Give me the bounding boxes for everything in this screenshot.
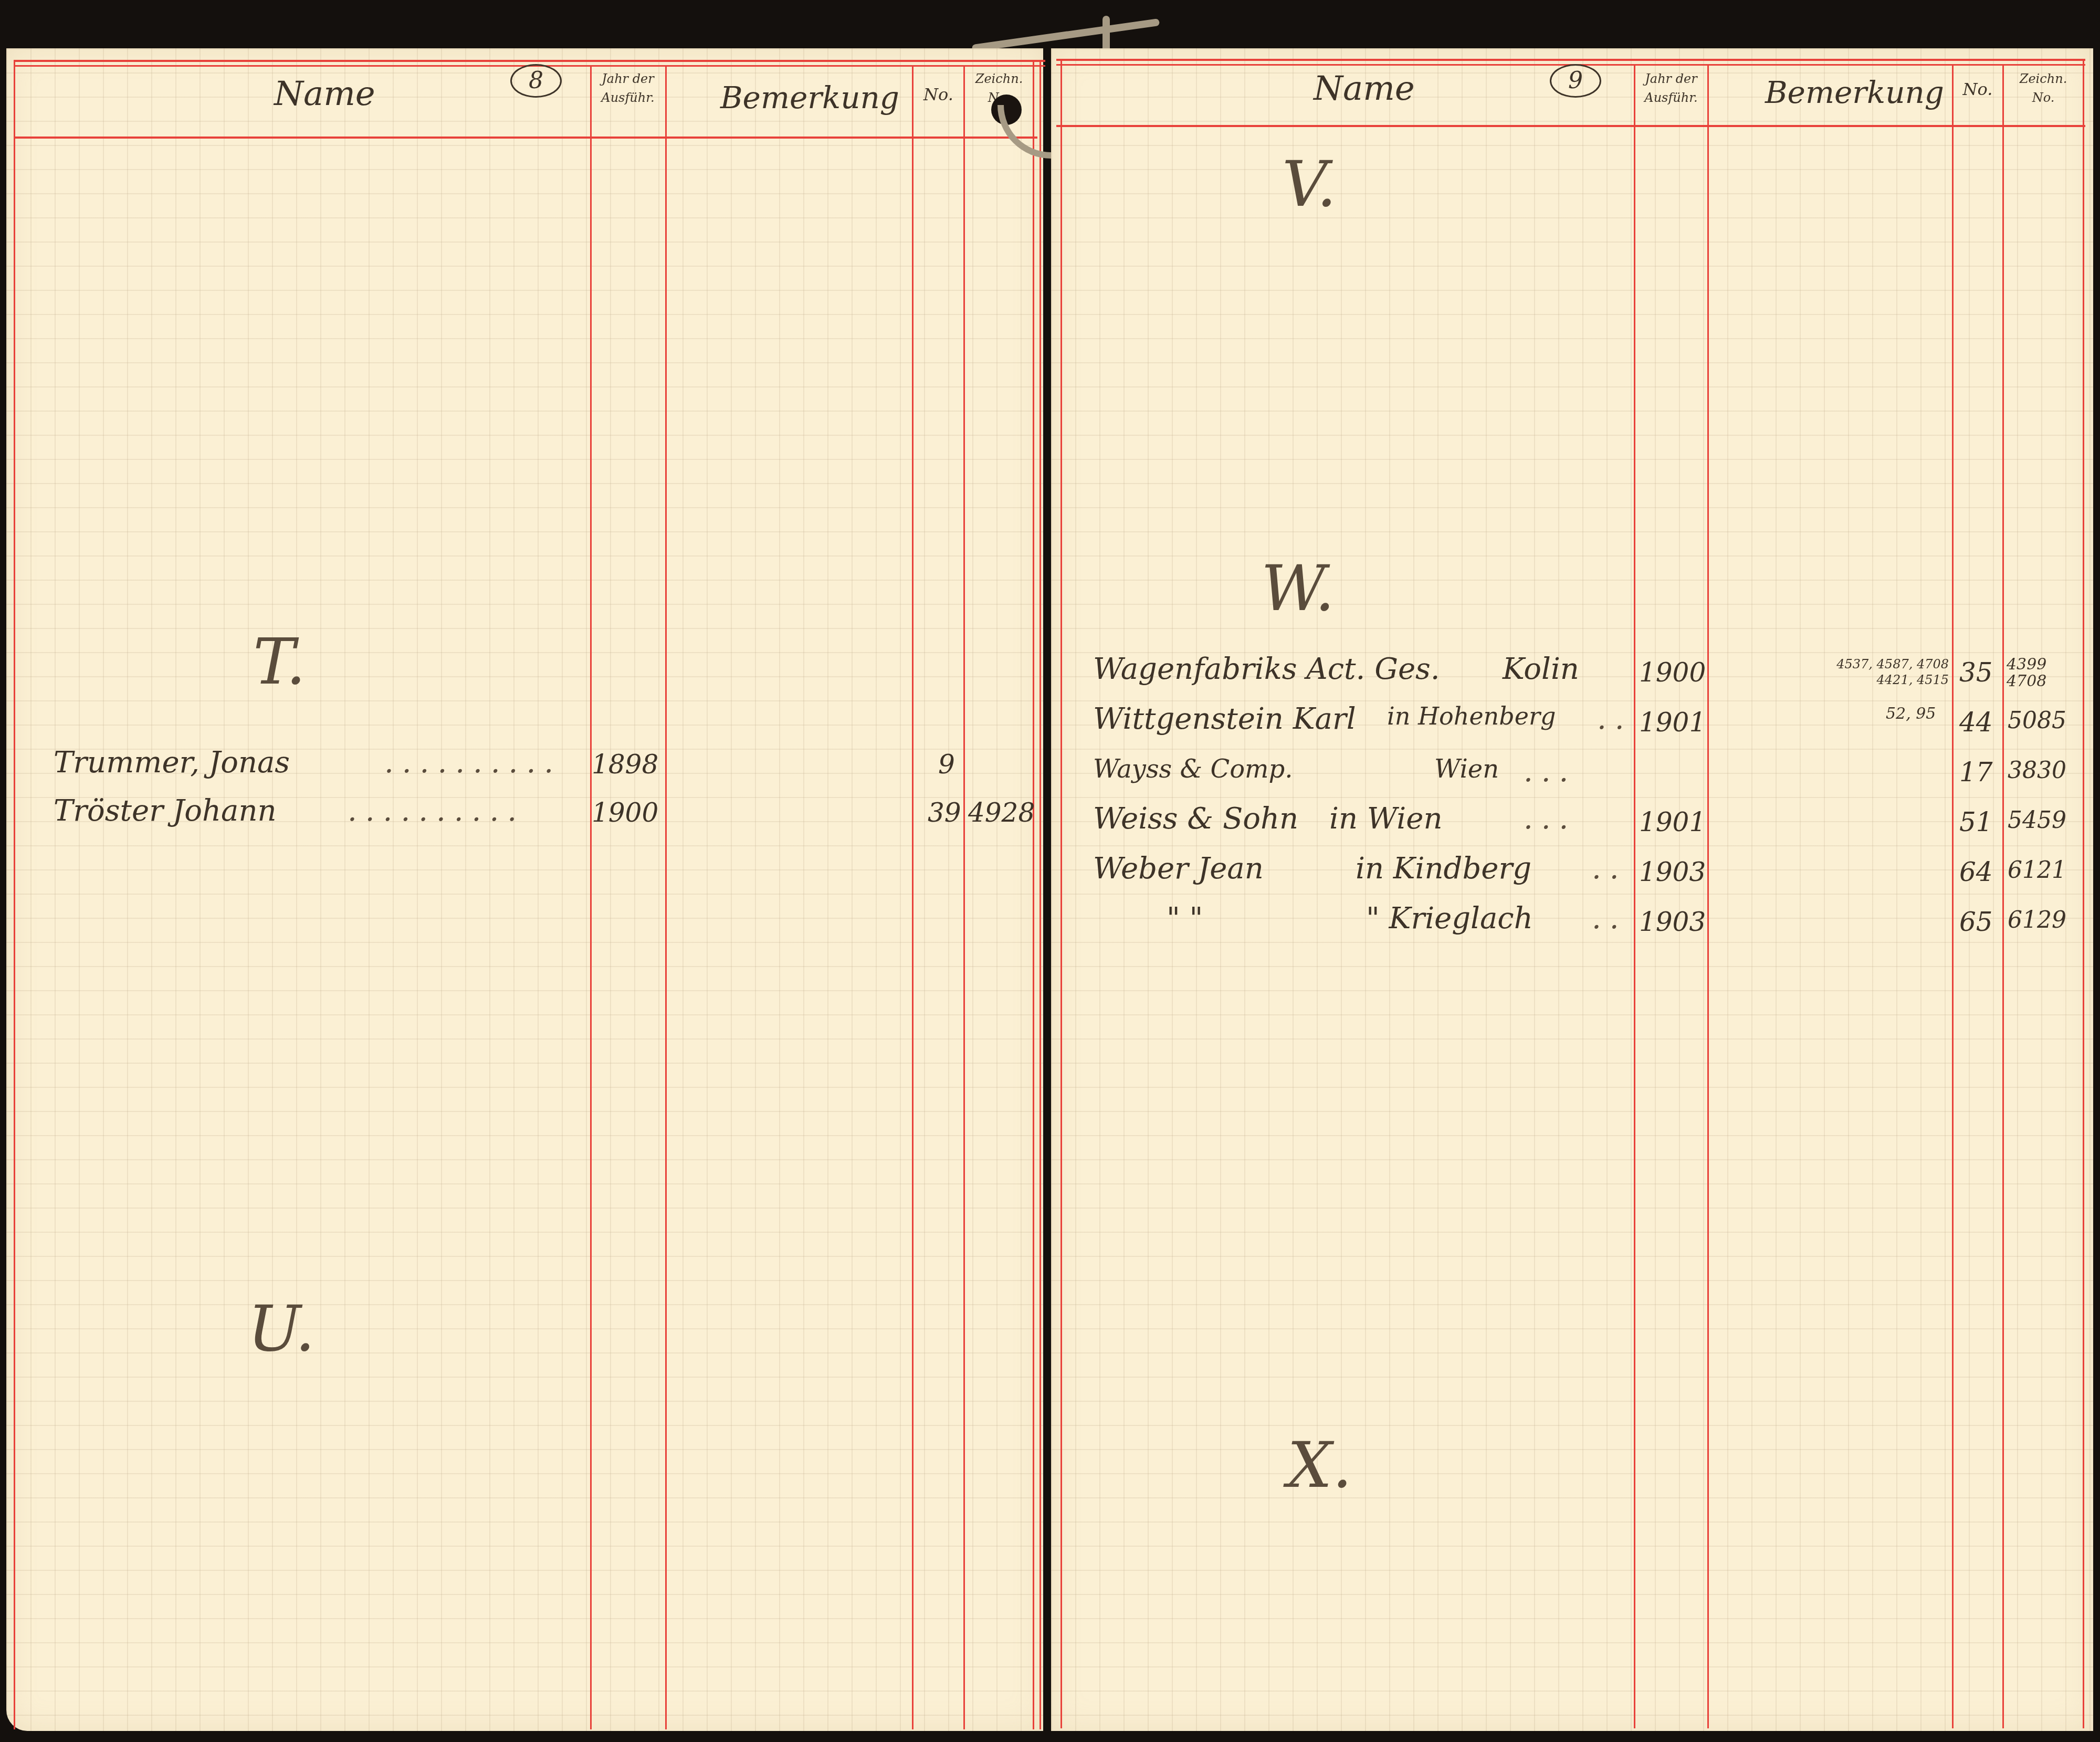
binding-twine-knot [1102, 16, 1110, 53]
right-margin-rule [2083, 59, 2084, 1728]
header-name: Name [1314, 69, 1415, 108]
right-ledger-page: Name 9 Jahr der Ausführ. Bemerkung No. Z… [1051, 48, 2093, 1731]
header-no: No. [913, 85, 963, 104]
entry-leader-dots: .......... [348, 794, 525, 828]
binding-twine [972, 18, 1160, 52]
entry-location: " Krieglach [1366, 901, 1533, 936]
entry-name: Tröster Johann [54, 794, 277, 828]
entry-year: 1900 [1639, 657, 1706, 688]
entry-leader-dots: ... [1524, 802, 1577, 836]
entry-year: 1898 [592, 749, 658, 780]
entry-leader-dots: .. [1592, 852, 1627, 886]
header-year-line1: Jahr der [591, 69, 665, 88]
col-rule-drawing [963, 65, 965, 1729]
header-year: Jahr der Ausführ. [591, 69, 665, 107]
entry-no: 44 [1959, 707, 1993, 738]
entry-year: 1901 [1639, 807, 1706, 837]
entry-drawing: 4399 4708 [2007, 656, 2064, 690]
top-rule [1056, 59, 2085, 61]
entry-leader-dots: .. [1592, 901, 1627, 936]
entry-name: Wagenfabriks Act. Ges. [1093, 652, 1440, 686]
entry-drawing: 6121 [2008, 857, 2066, 884]
header-drawing-line1: Zeichn. [2004, 69, 2083, 88]
entry-no: 39 [928, 797, 961, 828]
section-letter-t: T. [253, 626, 306, 699]
col-rule-year [1634, 64, 1635, 1728]
header-remark: Bemerkung [1765, 75, 1944, 110]
entry-remark-line2: 4421, 4515 [1776, 672, 1949, 688]
section-letter-v: V. [1282, 148, 1337, 221]
section-letter-u: U. [248, 1293, 315, 1366]
left-margin-rule [1060, 59, 1062, 1728]
header-year-line1: Jahr der [1635, 69, 1707, 88]
entry-name: Weiss & Sohn [1093, 802, 1298, 836]
entry-no: 17 [1959, 757, 1993, 788]
entry-name: Wayss & Comp. [1093, 754, 1293, 784]
entry-name: Weber Jean [1093, 852, 1264, 886]
entry-location: in Hohenberg [1387, 702, 1556, 730]
left-ledger-page: Name 8 Jahr der Ausführ. Bemerkung No. Z… [6, 48, 1043, 1731]
entry-location: Wien [1434, 754, 1499, 784]
entry-leader-dots: ... [1524, 754, 1577, 789]
header-remark: Bemerkung [720, 80, 899, 116]
header-drawing-line2: No. [2004, 88, 2083, 107]
section-letter-x: X. [1287, 1429, 1352, 1502]
entry-no: 64 [1959, 857, 1993, 887]
col-rule-year [590, 65, 592, 1729]
entry-location: in Kindberg [1356, 852, 1531, 886]
entry-name: Wittgenstein Karl [1093, 702, 1356, 736]
col-rule-remark [1707, 64, 1709, 1728]
col-rule-no [1952, 64, 1954, 1728]
header-rule [1056, 125, 2085, 127]
entry-no: 35 [1959, 657, 1993, 688]
entry-remark: 52, 95 [1886, 705, 1936, 723]
col-rule-no [912, 65, 913, 1729]
entry-drawing: 5459 [2008, 807, 2066, 834]
entry-year: 1903 [1639, 857, 1706, 887]
left-margin-rule [14, 60, 15, 1729]
header-name: Name [274, 75, 375, 113]
entry-drawing: 6129 [2008, 907, 2066, 933]
entry-year: 1903 [1639, 907, 1706, 937]
section-letter-w: W. [1261, 552, 1335, 625]
header-drawing: Zeichn. No. [2004, 69, 2083, 107]
entry-year: 1901 [1639, 707, 1706, 738]
right-margin-rule-2 [1039, 60, 1041, 1729]
entry-name-ditto: " " [1167, 901, 1203, 936]
entry-no: 65 [1959, 907, 1993, 937]
entry-remark-line1: 4537, 4587, 4708 [1776, 656, 1949, 672]
page-number: 9 [1550, 64, 1601, 98]
entry-location: in Wien [1329, 802, 1442, 836]
header-year-line2: Ausführ. [1635, 88, 1707, 107]
entry-leader-dots: .. [1597, 702, 1633, 736]
entry-drawing: 5085 [2008, 707, 2066, 734]
entry-no: 9 [938, 749, 955, 780]
col-rule-drawing [2002, 64, 2004, 1728]
header-no: No. [1953, 80, 2002, 99]
header-drawing-line1: Zeichn. [965, 69, 1033, 88]
entry-drawing-line1: 4399 [2007, 656, 2064, 673]
entry-drawing: 4928 [968, 797, 1035, 828]
entry-drawing-line2: 4708 [2007, 673, 2064, 690]
entry-remark: 4537, 4587, 4708 4421, 4515 [1776, 656, 1949, 688]
header-year-line2: Ausführ. [591, 88, 665, 107]
entry-name: Trummer, Jonas [54, 746, 290, 780]
col-rule-remark [665, 65, 667, 1729]
entry-year: 1900 [592, 797, 658, 828]
right-margin-rule [1033, 60, 1034, 1729]
page-number: 8 [510, 64, 562, 98]
top-rule [14, 60, 1045, 62]
entry-leader-dots: .......... [384, 746, 562, 780]
entry-location: Kolin [1503, 652, 1579, 686]
header-year: Jahr der Ausführ. [1635, 69, 1707, 107]
entry-drawing: 3830 [2008, 757, 2066, 784]
header-rule [14, 137, 1037, 139]
entry-no: 51 [1959, 807, 1993, 837]
